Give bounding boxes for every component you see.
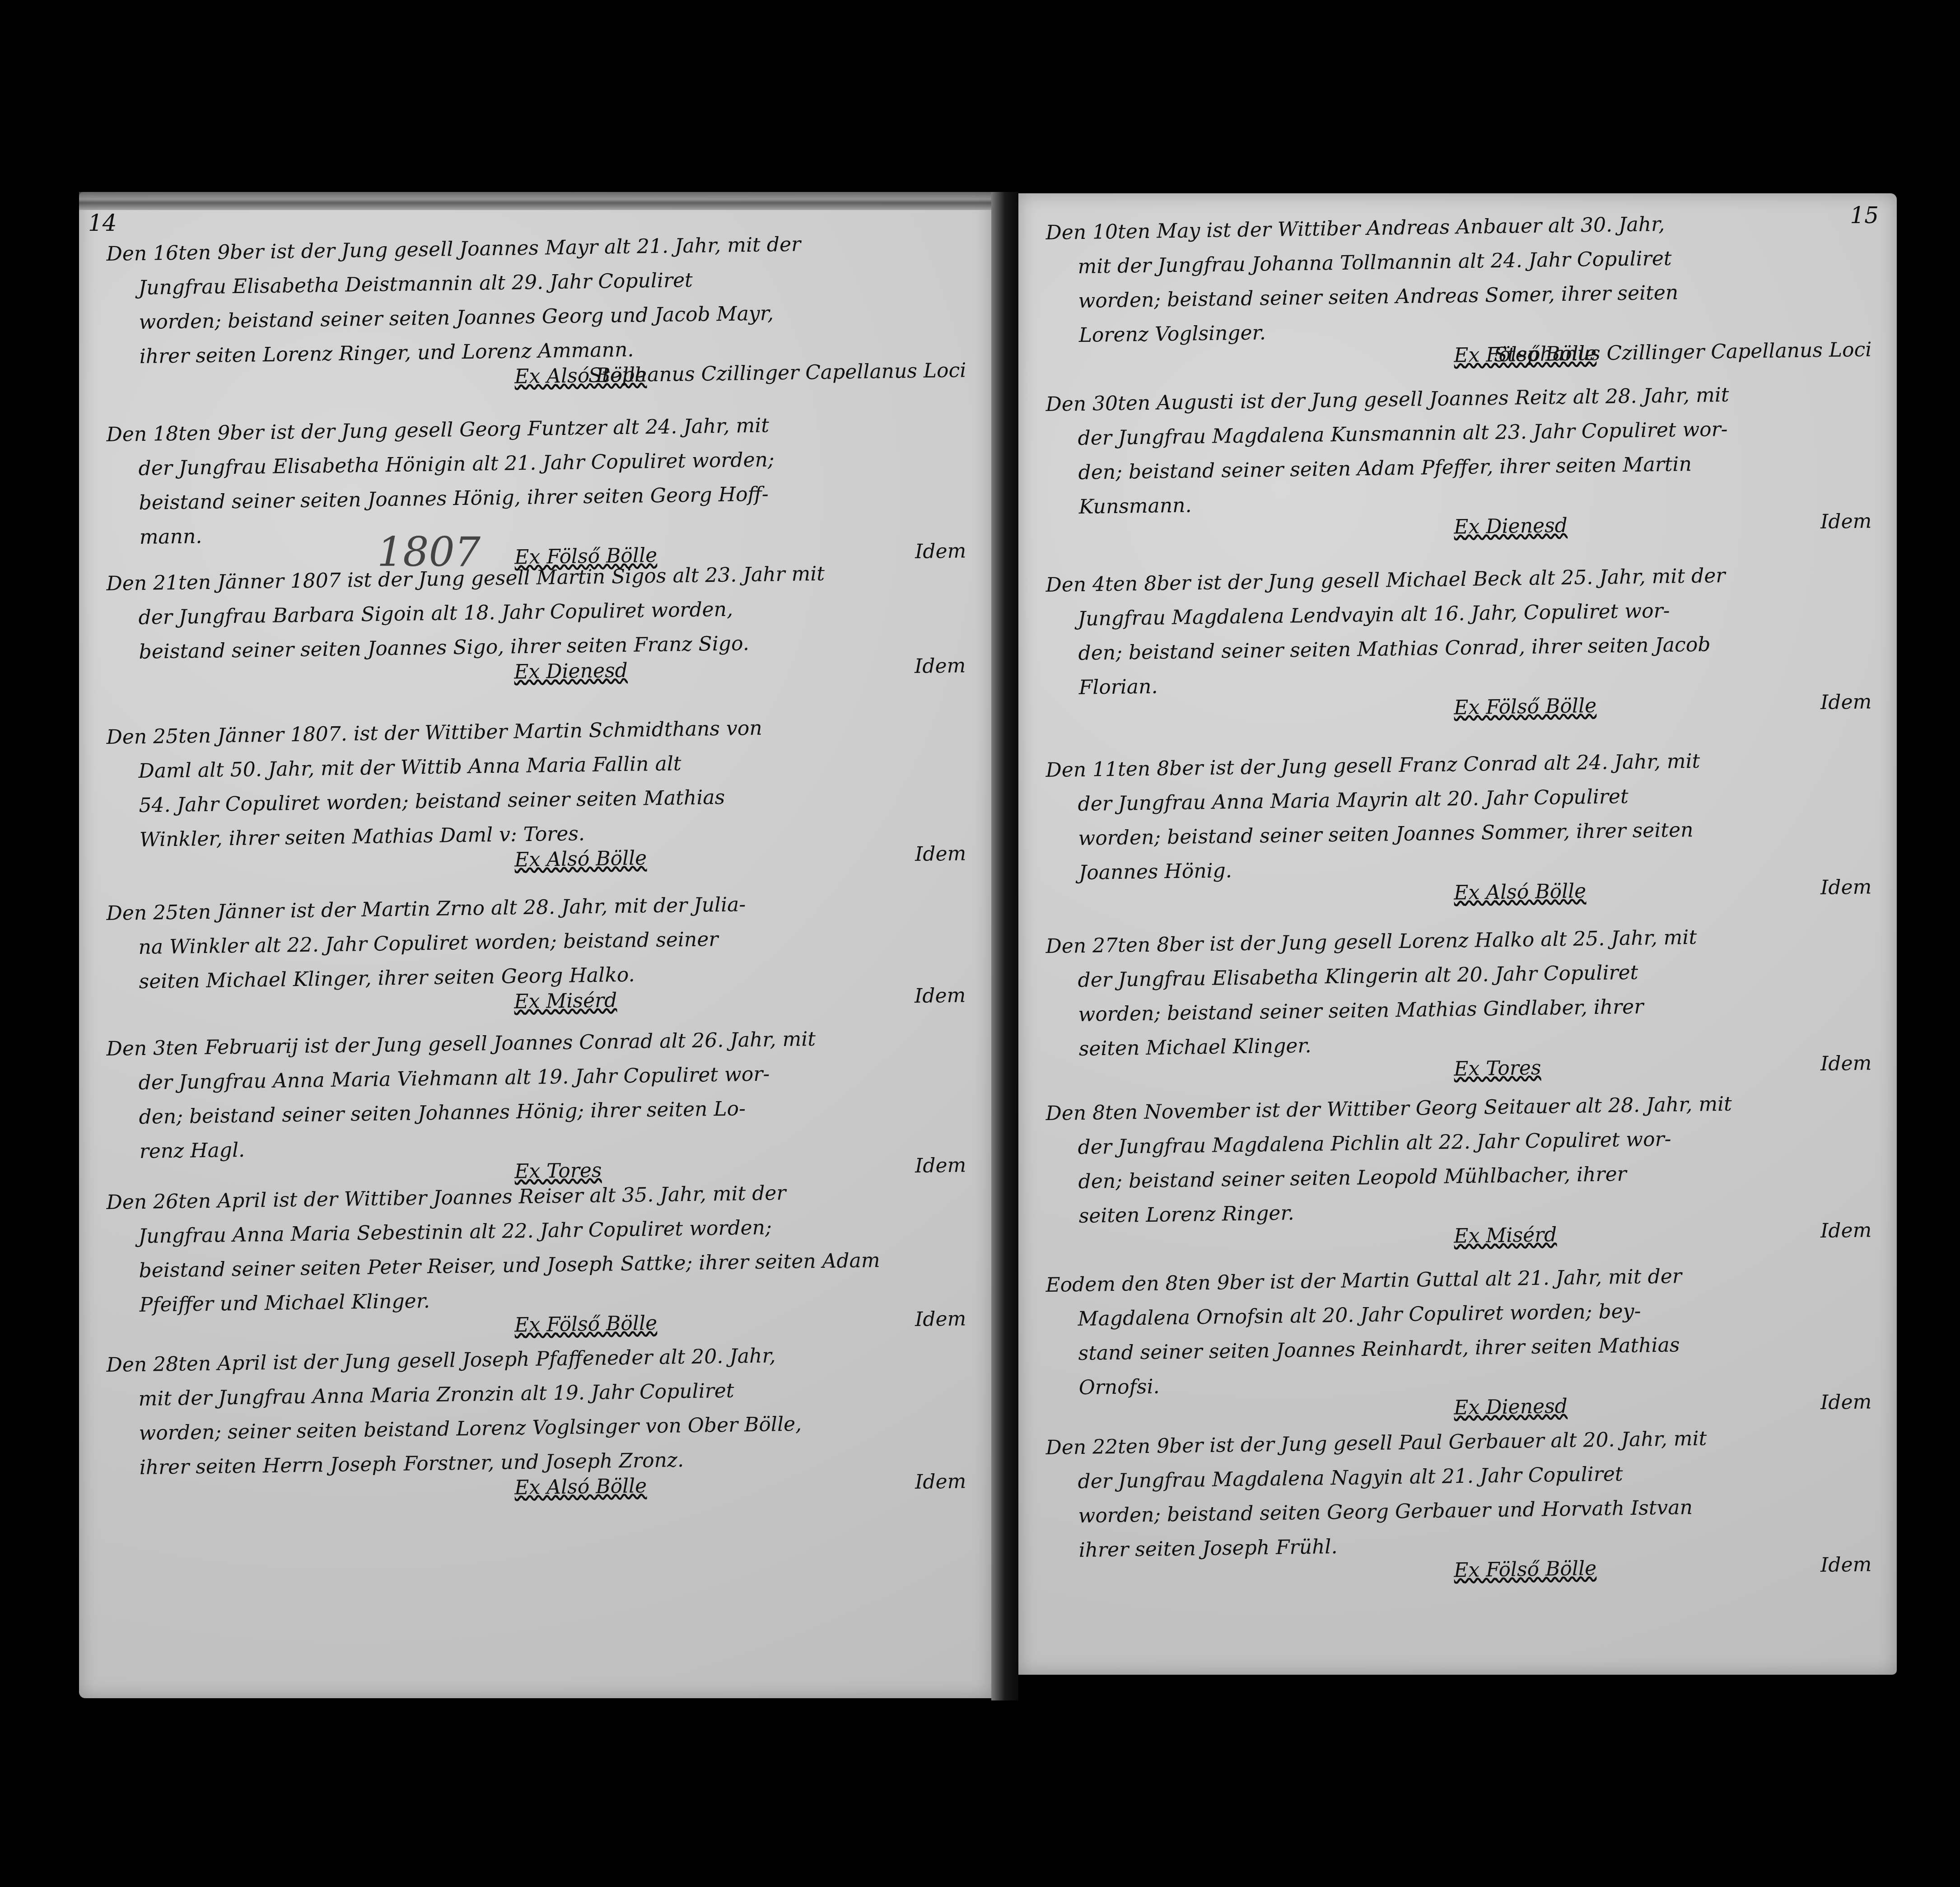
book-spine — [991, 192, 1018, 1700]
signer: Idem — [1820, 1547, 1871, 1583]
signer: Idem — [1820, 1046, 1871, 1081]
witness-place: Ex Dienesd — [1454, 1389, 1568, 1425]
witness-place: Ex Fölső Bölle — [1454, 1551, 1597, 1588]
signer: Idem — [915, 1464, 966, 1499]
signer: Idem — [1820, 1385, 1871, 1420]
register-entry: Den 21ten Jänner 1807 ist der Jung gesel… — [106, 555, 970, 670]
signer: Stephanus Czillinger Capellanus Loci — [588, 353, 966, 393]
witness-place: Ex Alsó Bölle — [514, 1469, 647, 1505]
witness-place: Ex Misérd — [514, 983, 617, 1019]
folio-number: 14 — [88, 210, 117, 236]
register-entry: Den 22ten 9ber ist der Jung gesell Paul … — [1045, 1419, 1876, 1568]
register-entry: Den 27ten 8ber ist der Jung gesell Loren… — [1045, 918, 1876, 1067]
witness-place: Ex Fölső Bölle — [514, 1306, 658, 1342]
page-top-edge — [79, 192, 991, 210]
signer: Idem — [1820, 504, 1871, 539]
signer: Idem — [1820, 1213, 1871, 1248]
register-entry: Den 18ten 9ber ist der Jung gesell Georg… — [106, 406, 971, 555]
signer: Idem — [915, 1302, 966, 1337]
left-page: 14 1807 Den 16ten 9ber ist der Jung gese… — [79, 192, 991, 1698]
witness-place: Ex Fölső Bölle — [1454, 689, 1597, 725]
signer: Idem — [915, 836, 966, 872]
signer: Idem — [914, 978, 966, 1014]
register-entry: Eodem den 8ten 9ber ist der Martin Gutta… — [1045, 1256, 1876, 1406]
register-entry: Den 11ten 8ber ist der Jung gesell Franz… — [1045, 742, 1876, 891]
register-entry: Den 10ten May ist der Wittiber Andreas A… — [1045, 204, 1876, 353]
witness-place: Ex Misérd — [1454, 1218, 1557, 1253]
register-entry: Den 8ten November ist der Wittiber Georg… — [1045, 1085, 1876, 1234]
right-page: 15 Den 10ten May ist der Wittiber Andrea… — [1018, 193, 1897, 1675]
signer: Idem — [914, 649, 966, 684]
register-entry: Den 30ten Augusti ist der Jung gesell Jo… — [1045, 376, 1876, 525]
witness-place: Ex Alsó Bölle — [514, 841, 647, 877]
register-entry: Den 25ten Jänner ist der Martin Zrno alt… — [106, 884, 970, 1000]
register-entry: Den 4ten 8ber ist der Jung gesell Michae… — [1045, 556, 1876, 705]
register-entry: Den 3ten Februarij ist der Jung gesell J… — [106, 1020, 971, 1169]
witness-place: Ex Alsó Bölle — [1454, 874, 1587, 910]
witness-place: Ex Tores — [1454, 1051, 1541, 1087]
witness-place: Ex Dienesd — [1454, 509, 1568, 545]
signer: Stephanus Czillinger Capellanus Loci — [1493, 332, 1872, 372]
signer: Idem — [1820, 870, 1871, 905]
witness-place: Ex Dienesd — [514, 654, 628, 690]
register-entry: Den 28ten April ist der Jung gesell Jose… — [106, 1336, 971, 1485]
register-entry: Den 26ten April ist der Wittiber Joannes… — [106, 1173, 971, 1323]
signer: Idem — [1820, 685, 1871, 720]
register-entry: Den 16ten 9ber ist der Jung gesell Joann… — [106, 225, 971, 374]
register-entry: Den 25ten Jänner 1807. ist der Wittiber … — [106, 708, 971, 858]
